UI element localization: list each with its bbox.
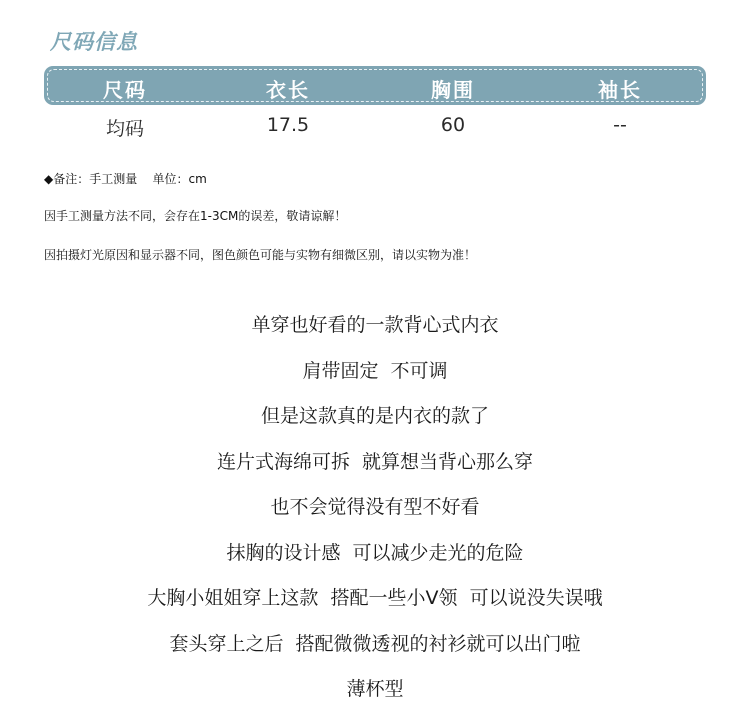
description-line: 肩带固定 不可调: [0, 356, 750, 402]
cell-sleeve: --: [540, 114, 700, 136]
cell-size: 均码: [45, 114, 205, 141]
description-line: 大胸小姐姐穿上这款 搭配一些小V领 可以说没失误哦: [0, 583, 750, 629]
description-line: 抹胸的设计感 可以减少走光的危险: [0, 538, 750, 584]
cell-bust: 60: [373, 114, 533, 136]
description-line: 套头穿上之后 搭配微微透视的衬衫就可以出门啦: [0, 629, 750, 675]
description-line: 薄杯型: [0, 674, 750, 713]
note-measurement: ◆备注：手工测量 单位：cm: [44, 170, 476, 189]
section-title-size-info: 尺码信息: [50, 26, 138, 56]
description-line: 也不会觉得没有型不好看: [0, 492, 750, 538]
header-length: 衣长: [208, 74, 368, 103]
description-line: 单穿也好看的一款背心式内衣: [0, 310, 750, 356]
note-error-margin: 因手工测量方法不同，会存在1-3CM的误差，敬请谅解！: [44, 207, 476, 226]
note-color-difference: 因拍摄灯光原因和显示器不同，图色颜色可能与实物有细微区别，请以实物为准！: [44, 246, 476, 265]
size-table-header: 尺码 衣长 胸围 袖长: [44, 66, 706, 105]
product-description: 单穿也好看的一款背心式内衣 肩带固定 不可调 但是这款真的是内衣的款了 连片式海…: [0, 310, 750, 713]
cell-length: 17.5: [208, 114, 368, 136]
table-row: 均码 17.5 60 --: [44, 114, 706, 140]
description-line: 连片式海绵可拆 就算想当背心那么穿: [0, 447, 750, 493]
header-sleeve: 袖长: [540, 74, 700, 103]
header-size: 尺码: [45, 74, 205, 103]
description-line: 但是这款真的是内衣的款了: [0, 401, 750, 447]
header-bust: 胸围: [373, 74, 533, 103]
notes-block: ◆备注：手工测量 单位：cm 因手工测量方法不同，会存在1-3CM的误差，敬请谅…: [44, 170, 476, 285]
